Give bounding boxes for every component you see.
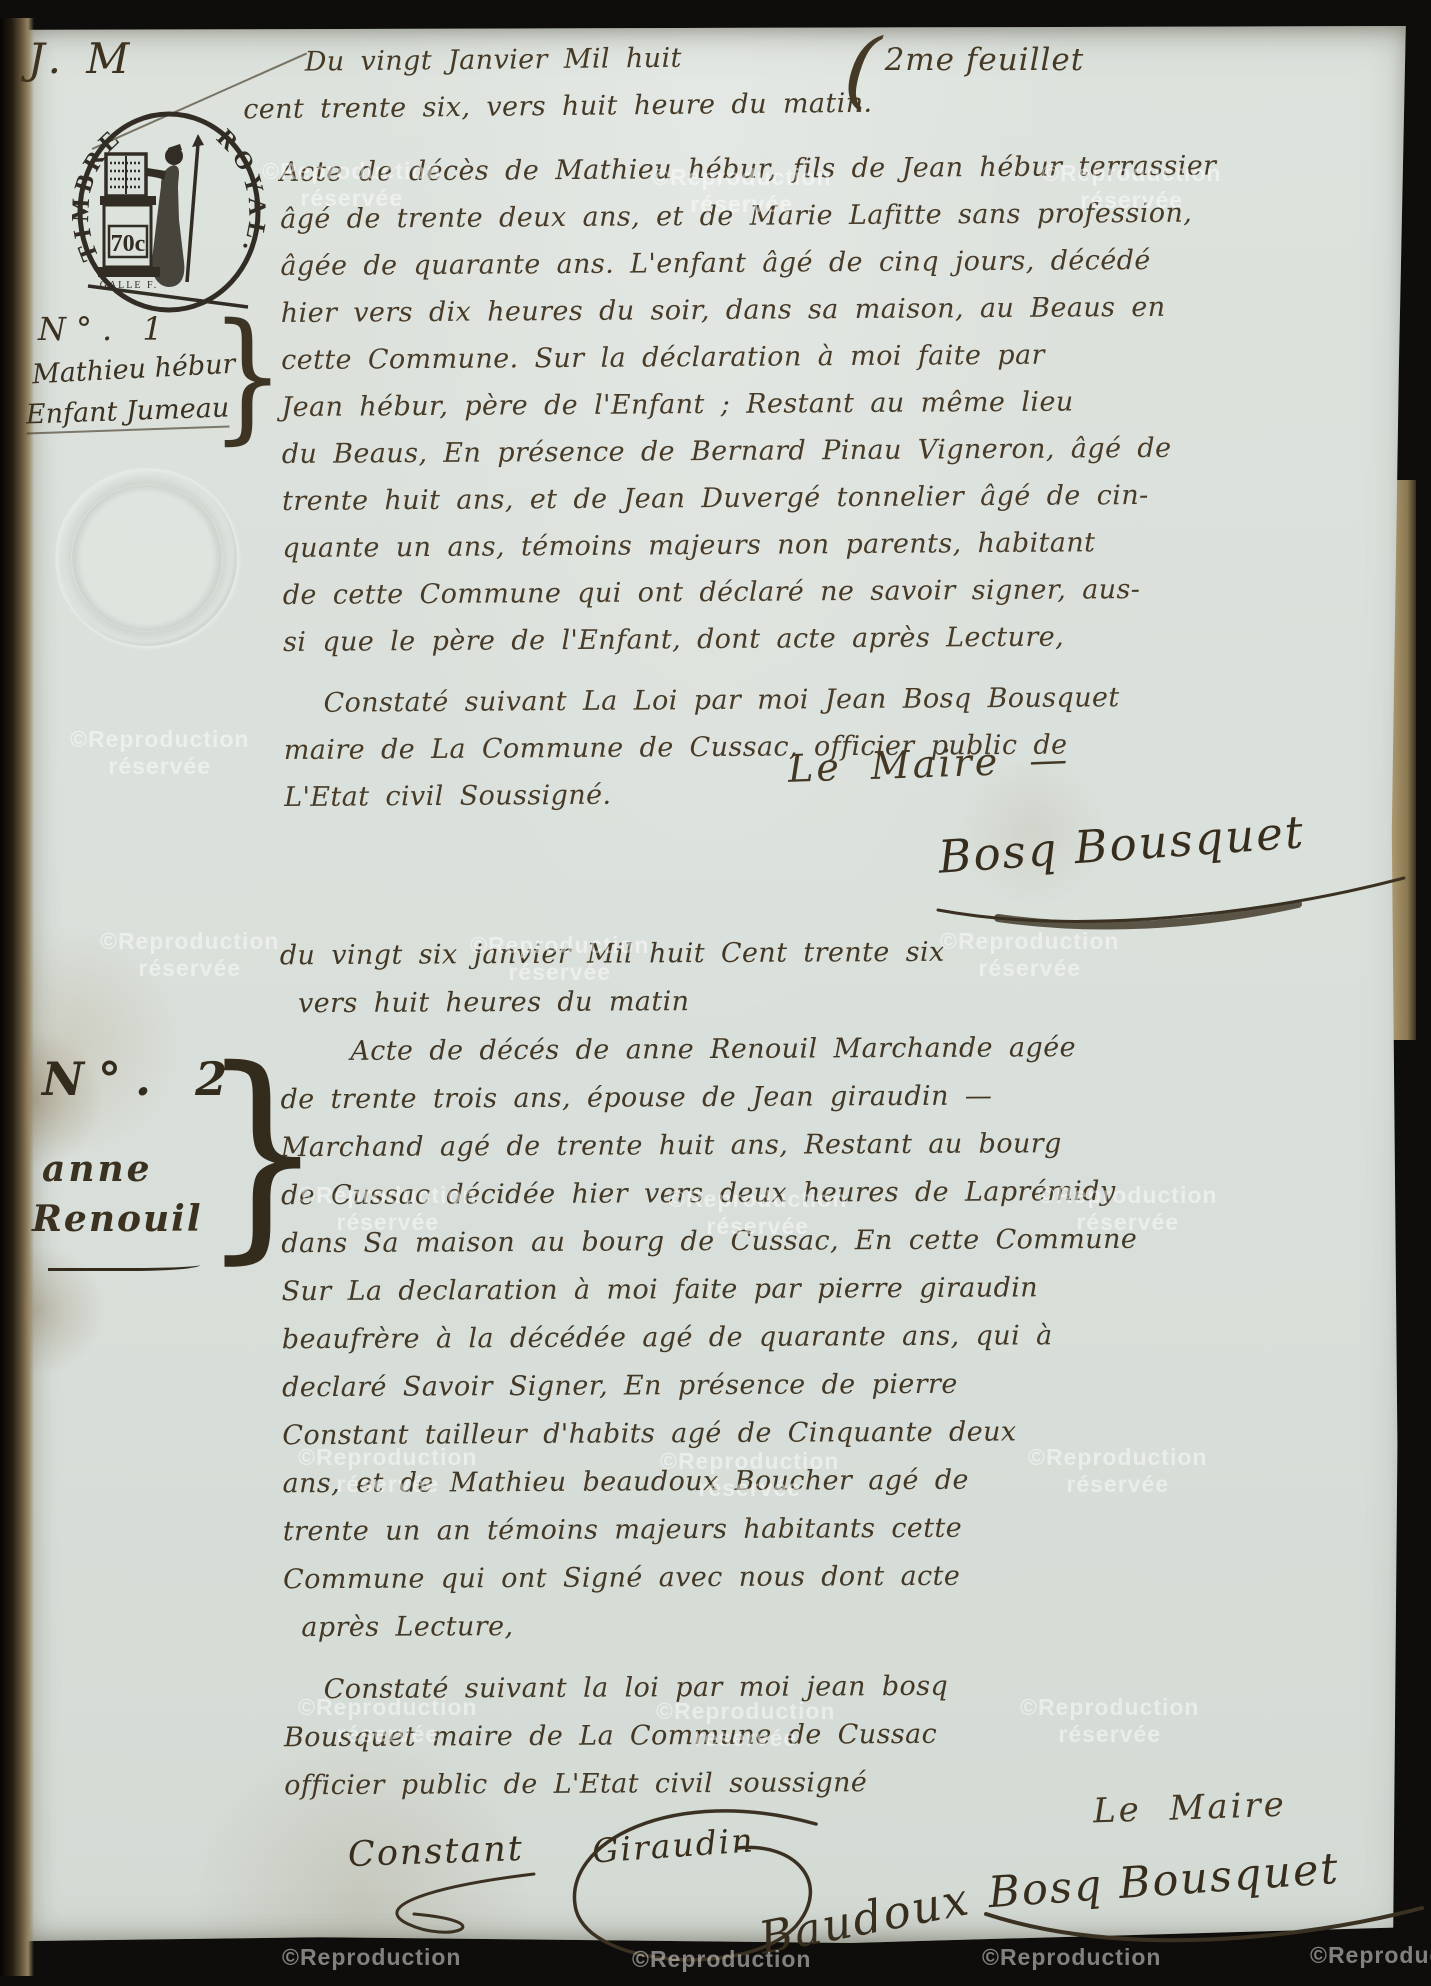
record-line: du vingt six janvier Mil huit Cent trent… [280,928,1150,981]
svg-text:70c: 70c [111,231,146,257]
record-line: Marchand agé de trente huit ans, Restant… [281,1120,1151,1173]
clerk-paraph: J. M [28,34,135,83]
deceased-name-1b: Enfant Jumeau [25,392,229,434]
record-line: Acte de décés de anne Renouil Marchande … [280,1024,1150,1077]
record-line: du Beaus, En présence de Bernard Pinau V… [282,425,1148,478]
record-line: dans Sa maison au bourg de Cussac, En ce… [281,1216,1151,1269]
record-line: cette Commune. Sur la déclaration à moi … [281,331,1147,384]
act-number-1: N°. 1 [38,310,173,348]
margin-brace-1: } [210,292,285,458]
record-line: Acte de décès de Mathieu hébur, fils de … [280,143,1146,196]
date-line: Du vingt Janvier Mil huit [243,33,873,87]
record-line: Constaté suivant La Loi par moi Jean Bos… [283,674,1149,727]
record-line: Jean hébur, père de l'Enfant ; Restant a… [281,378,1147,431]
record-line: après Lecture, [283,1600,1153,1653]
record-line: hier vers dix heures du soir, dans sa ma… [281,284,1147,337]
folio-paren: ( [841,24,883,113]
deceased-name-2: anne [42,1148,153,1190]
record-line: Bousquet maire de La Commune de Cussac [284,1710,1154,1763]
signature-flourish-1 [928,872,1414,934]
svg-text:ROYAL.: ROYAL. [211,124,266,260]
record-1-date-header: Du vingt Janvier Mil huit cent trente si… [243,33,873,134]
record-2-text: du vingt six janvier Mil huit Cent trent… [280,928,1155,1811]
record-line: de Cussac décidée hier vers deux heures … [281,1168,1151,1221]
record-line: vers huit heures du matin [280,976,1150,1029]
record-line: ans, et de Mathieu beaudoux Boucher agé … [282,1456,1152,1509]
record-line: beaufrère à la décédée agé de quarante a… [282,1312,1152,1365]
signature-flourish-2 [980,1902,1428,1960]
record-line: Constant tailleur d'habits agé de Cinqua… [282,1408,1152,1461]
record-line: declaré Savoir Signer, En présence de pi… [282,1360,1152,1413]
stamp-figure-icon: TIMBRE ROYAL. 70c GALLE F. [72,110,266,316]
margin-note-1: N°. 1 Mathieu hébur Enfant Jumeau } [38,310,173,348]
folio-note: ( 2me feuillet [845,26,1084,112]
record-line: de cette Commune qui ont déclaré ne savo… [283,566,1149,619]
book-binding [0,18,34,1976]
record-line: trente un an témoins majeurs habitants c… [283,1504,1153,1557]
record-line: si que le père de l'Enfant, dont acte ap… [283,613,1149,666]
margin-note-2: N°. 2 anne Renouil } [42,1052,241,1106]
record-line: âgé de trente deux ans, et de Marie Lafi… [280,190,1146,243]
record-line: quante un ans, témoins majeurs non paren… [282,519,1148,572]
record-line: âgée de quarante ans. L'enfant âgé de ci… [280,237,1146,290]
record-line: Commune qui ont Signé avec nous dont act… [283,1552,1153,1605]
folio-label: 2me feuillet [885,42,1085,78]
embossed-stamp [55,468,239,648]
record-line: de trente trois ans, épouse de Jean gira… [280,1072,1150,1125]
le-maire-title-2: Le Maire [1092,1785,1287,1832]
record-1-text: Acte de décès de Mathieu hébur, fils de … [280,143,1151,821]
record-line: Constaté suivant la loi par moi jean bos… [284,1662,1154,1715]
record-line: trente huit ans, et de Jean Duvergé tonn… [282,472,1148,525]
giraudin-flourish [534,1798,866,1984]
timbre-royal-stamp: TIMBRE ROYAL. 70c GALLE F. [72,110,266,316]
record-line: Sur La declaration à moi faite par pierr… [281,1264,1151,1317]
date-line: cent trente six, vers huit heure du mati… [243,80,873,134]
constant-flourish [352,1866,547,1958]
deceased-name-2b: Renouil [32,1198,203,1240]
margin-underline [48,1260,200,1271]
